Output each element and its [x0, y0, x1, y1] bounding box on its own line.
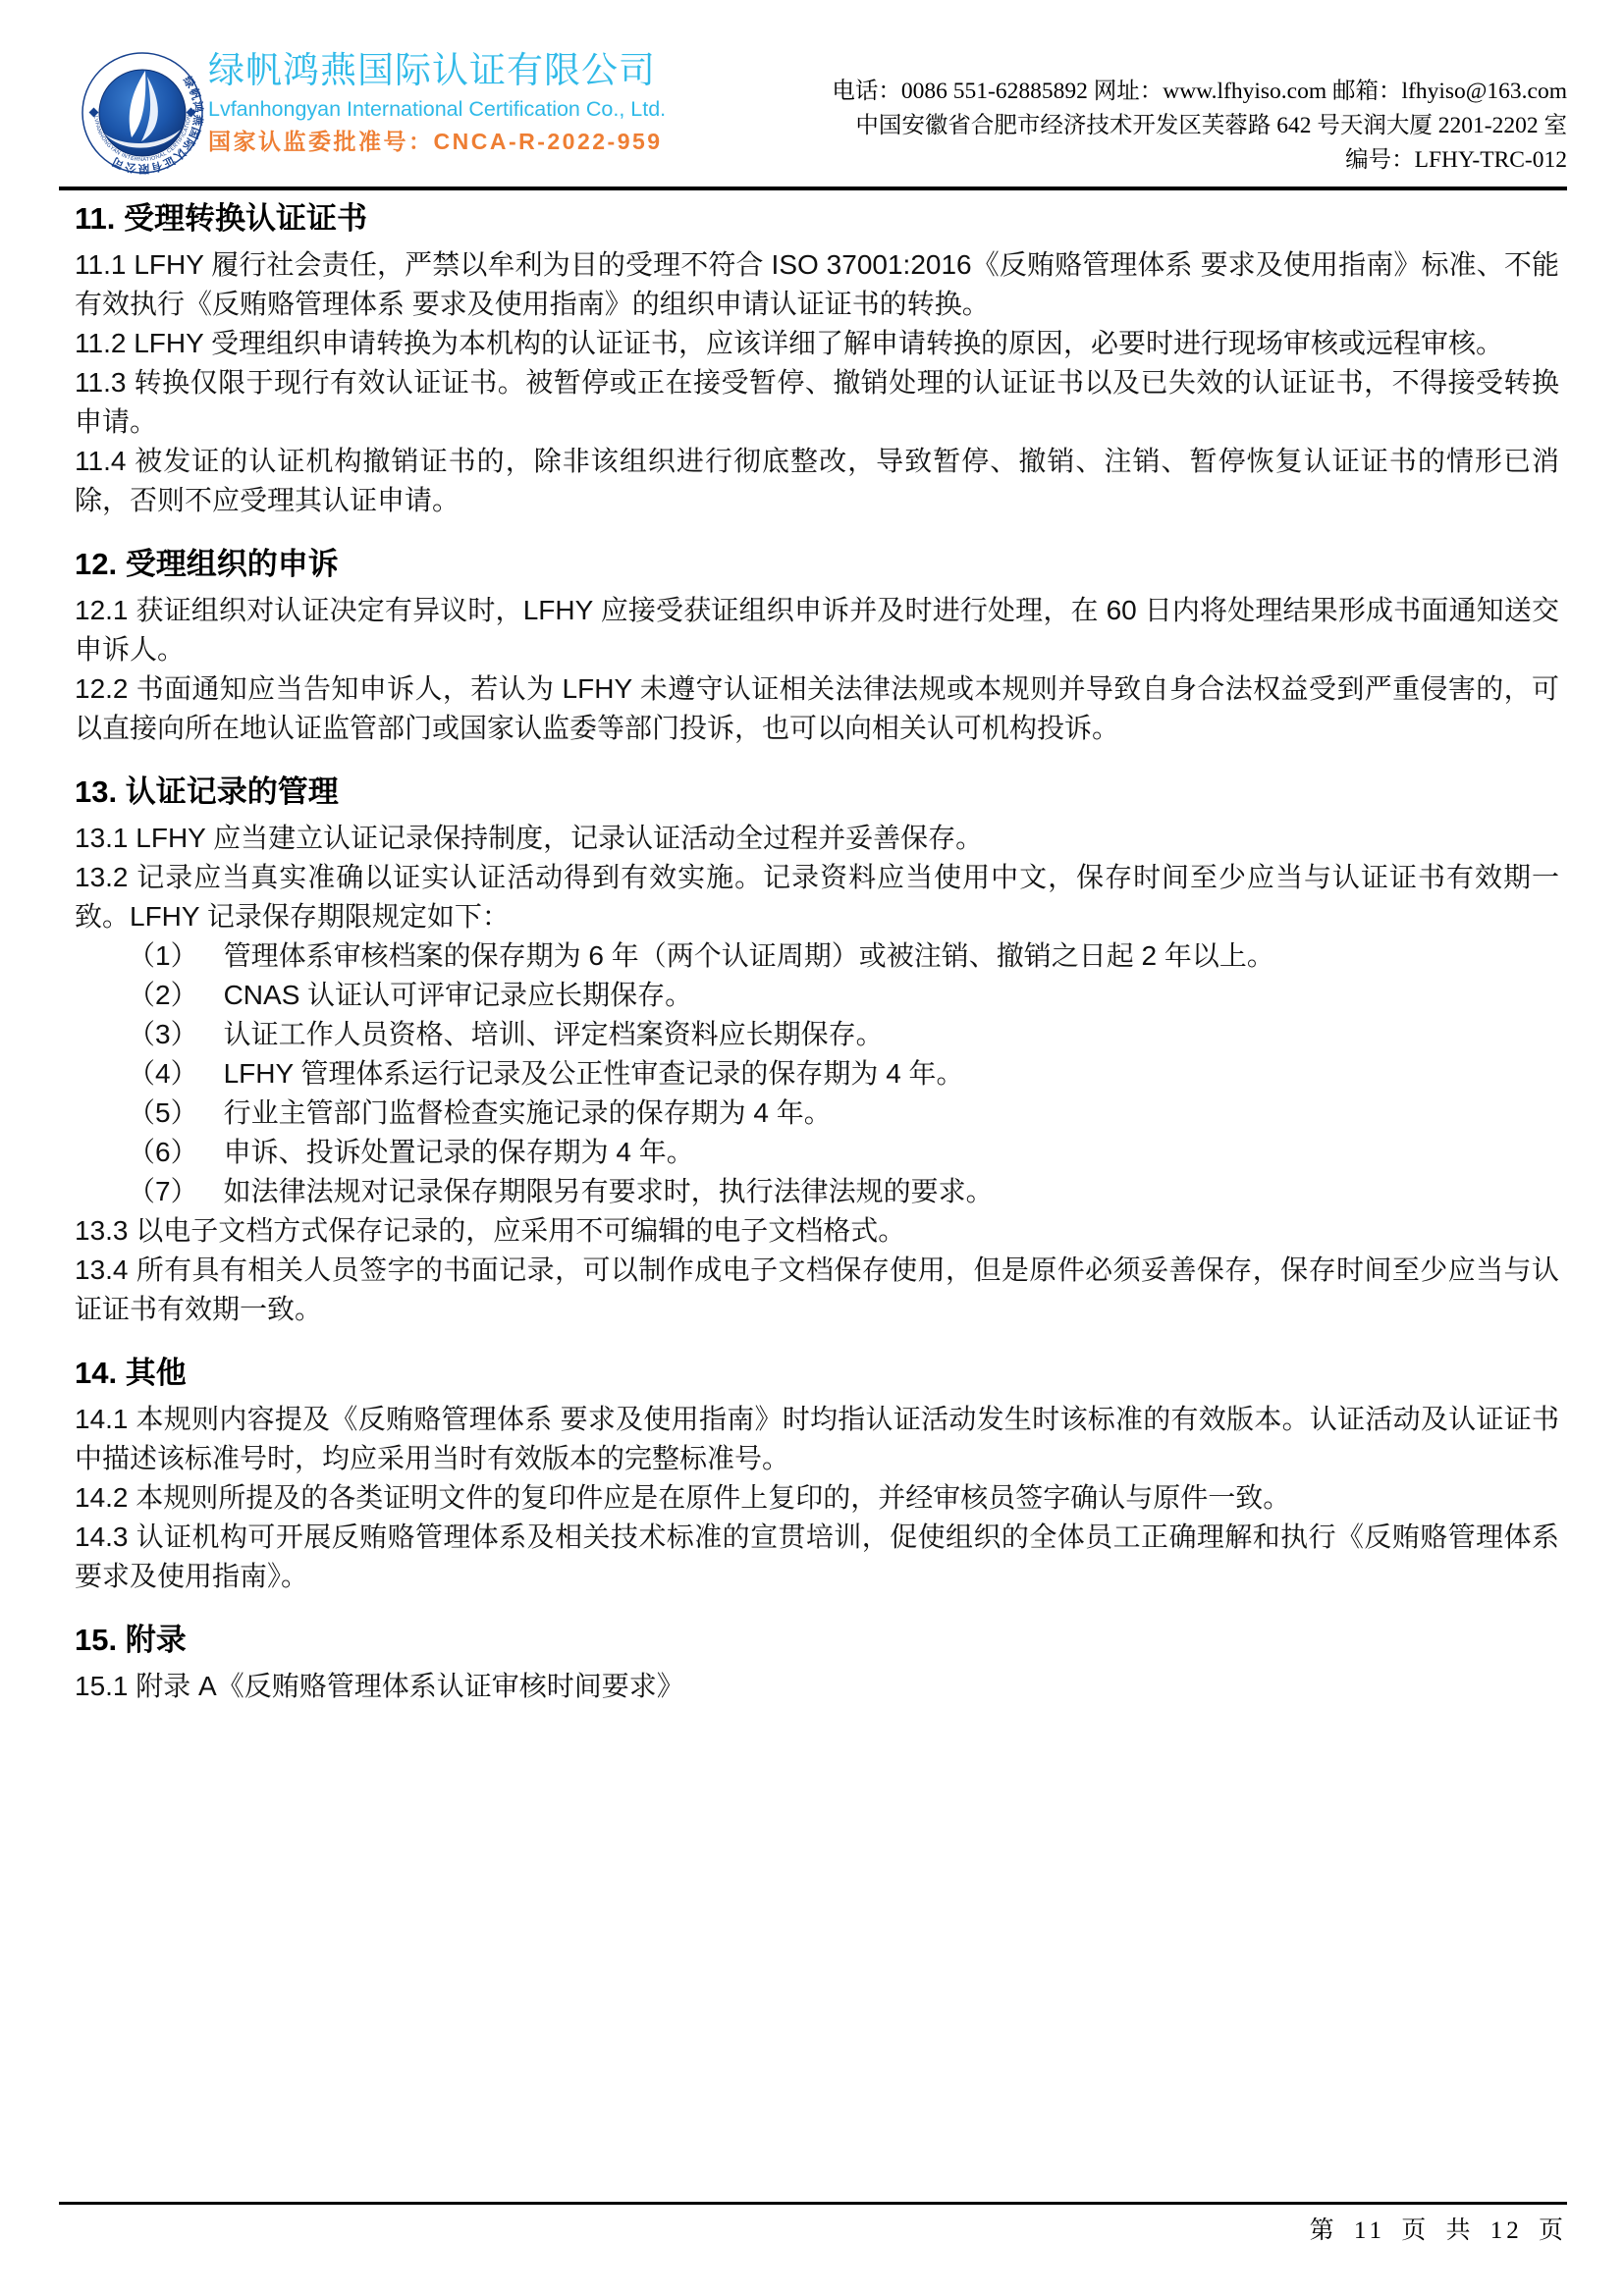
list-item-6-marker: （6）	[128, 1137, 198, 1167]
section-14: 14. 其他 14.1 本规则内容提及《反贿赂管理体系 要求及使用指南》时均指认…	[75, 1353, 1559, 1596]
list-item-4-text: LFHY 管理体系运行记录及公正性审查记录的保存期为 4 年。	[224, 1058, 964, 1089]
list-item-1-text: 管理体系审核档案的保存期为 6 年（两个认证周期）或被注销、撤销之日起 2 年以…	[224, 940, 1274, 971]
list-item-3-marker: （3）	[128, 1019, 198, 1049]
header-divider	[59, 187, 1567, 190]
company-name-en: Lvfanhongyan International Certification…	[208, 94, 666, 124]
list-item-2-text: CNAS 认证认可评审记录应长期保存。	[224, 980, 693, 1010]
paragraph-14-2: 14.2 本规则所提及的各类证明文件的复印件应是在原件上复印的，并经审核员签字确…	[75, 1478, 1559, 1518]
page-number: 第 11 页 共 12 页	[1310, 2211, 1567, 2246]
company-logo: 绿帆鸿燕国际认证有限公司 LVFANHONGYAN INTERNATIONAL …	[81, 51, 204, 175]
list-item-4-marker: （4）	[128, 1058, 198, 1089]
paragraph-13-1: 13.1 LFHY 应当建立认证记录保持制度，记录认证活动全过程并妥善保存。	[75, 819, 1559, 858]
footer-divider	[59, 2202, 1567, 2205]
company-name-zh: 绿帆鸿燕国际认证有限公司	[208, 47, 666, 94]
section-15-title: 15. 附录	[75, 1620, 1559, 1661]
list-item-5: （5）行业主管部门监督检查实施记录的保存期为 4 年。	[75, 1094, 1559, 1133]
paragraph-14-1: 14.1 本规则内容提及《反贿赂管理体系 要求及使用指南》时均指认证活动发生时该…	[75, 1400, 1559, 1478]
paragraph-11-4: 11.4 被发证的认证机构撤销证书的，除非该组织进行彻底整改，导致暂停、撤销、注…	[75, 442, 1559, 520]
paragraph-13-3: 13.3 以电子文档方式保存记录的，应采用不可编辑的电子文档格式。	[75, 1211, 1559, 1251]
contact-block: 电话：0086 551-62885892 网址：www.lfhyiso.com …	[832, 75, 1567, 178]
section-13: 13. 认证记录的管理 13.1 LFHY 应当建立认证记录保持制度，记录认证活…	[75, 772, 1559, 1329]
section-11: 11. 受理转换认证证书 11.1 LFHY 履行社会责任，严禁以牟利为目的受理…	[75, 198, 1559, 520]
list-item-3-text: 认证工作人员资格、培训、评定档案资料应长期保存。	[224, 1019, 884, 1049]
section-12: 12. 受理组织的申诉 12.1 获证组织对认证决定有异议时，LFHY 应接受获…	[75, 544, 1559, 748]
document-page: 绿帆鸿燕国际认证有限公司 LVFANHONGYAN INTERNATIONAL …	[0, 0, 1624, 2296]
contact-address: 中国安徽省合肥市经济技术开发区芙蓉路 642 号天润大厦 2201-2202 室	[832, 109, 1567, 143]
paragraph-12-2: 12.2 书面通知应当告知申诉人，若认为 LFHY 未遵守认证相关法律法规或本规…	[75, 669, 1559, 748]
approval-number: 国家认监委批准号：CNCA-R-2022-959	[208, 124, 666, 159]
paragraph-14-3: 14.3 认证机构可开展反贿赂管理体系及相关技术标准的宣贯培训，促使组织的全体员…	[75, 1518, 1559, 1596]
contact-phone-web-email: 电话：0086 551-62885892 网址：www.lfhyiso.com …	[832, 75, 1567, 109]
list-item-2: （2）CNAS 认证认可评审记录应长期保存。	[75, 976, 1559, 1015]
list-item-6: （6）申诉、投诉处置记录的保存期为 4 年。	[75, 1133, 1559, 1172]
section-13-title: 13. 认证记录的管理	[75, 772, 1559, 813]
list-item-3: （3）认证工作人员资格、培训、评定档案资料应长期保存。	[75, 1015, 1559, 1054]
list-item-2-marker: （2）	[128, 980, 198, 1010]
brand-block: 绿帆鸿燕国际认证有限公司 Lvfanhongyan International …	[208, 47, 666, 159]
list-item-4: （4）LFHY 管理体系运行记录及公正性审查记录的保存期为 4 年。	[75, 1054, 1559, 1094]
company-logo-icon: 绿帆鸿燕国际认证有限公司 LVFANHONGYAN INTERNATIONAL …	[81, 51, 204, 175]
paragraph-13-4: 13.4 所有具有相关人员签字的书面记录，可以制作成电子文档保存使用，但是原件必…	[75, 1251, 1559, 1329]
section-14-title: 14. 其他	[75, 1353, 1559, 1394]
list-item-5-text: 行业主管部门监督检查实施记录的保存期为 4 年。	[224, 1097, 832, 1128]
document-number: 编号：LFHY-TRC-012	[832, 143, 1567, 178]
list-item-7-marker: （7）	[128, 1176, 198, 1206]
section-15: 15. 附录 15.1 附录 A《反贿赂管理体系认证审核时间要求》	[75, 1620, 1559, 1706]
paragraph-11-2: 11.2 LFHY 受理组织申请转换为本机构的认证证书，应该详细了解申请转换的原…	[75, 324, 1559, 363]
section-11-title: 11. 受理转换认证证书	[75, 198, 1559, 240]
paragraph-15-1: 15.1 附录 A《反贿赂管理体系认证审核时间要求》	[75, 1667, 1559, 1706]
paragraph-12-1: 12.1 获证组织对认证决定有异议时，LFHY 应接受获证组织申诉并及时进行处理…	[75, 591, 1559, 669]
list-item-1: （1）管理体系审核档案的保存期为 6 年（两个认证周期）或被注销、撤销之日起 2…	[75, 936, 1559, 976]
list-item-1-marker: （1）	[128, 940, 198, 971]
list-item-7-text: 如法律法规对记录保存期限另有要求时，执行法律法规的要求。	[224, 1176, 994, 1206]
document-body: 11. 受理转换认证证书 11.1 LFHY 履行社会责任，严禁以牟利为目的受理…	[75, 198, 1559, 1706]
paragraph-11-3: 11.3 转换仅限于现行有效认证证书。被暂停或正在接受暂停、撤销处理的认证证书以…	[75, 363, 1559, 442]
paragraph-11-1: 11.1 LFHY 履行社会责任，严禁以牟利为目的受理不符合 ISO 37001…	[75, 245, 1559, 324]
list-item-5-marker: （5）	[128, 1097, 198, 1128]
section-12-title: 12. 受理组织的申诉	[75, 544, 1559, 585]
paragraph-13-2: 13.2 记录应当真实准确以证实认证活动得到有效实施。记录资料应当使用中文，保存…	[75, 858, 1559, 936]
page-header: 绿帆鸿燕国际认证有限公司 LVFANHONGYAN INTERNATIONAL …	[59, 47, 1567, 185]
list-item-7: （7）如法律法规对记录保存期限另有要求时，执行法律法规的要求。	[75, 1172, 1559, 1211]
list-item-6-text: 申诉、投诉处置记录的保存期为 4 年。	[224, 1137, 694, 1167]
